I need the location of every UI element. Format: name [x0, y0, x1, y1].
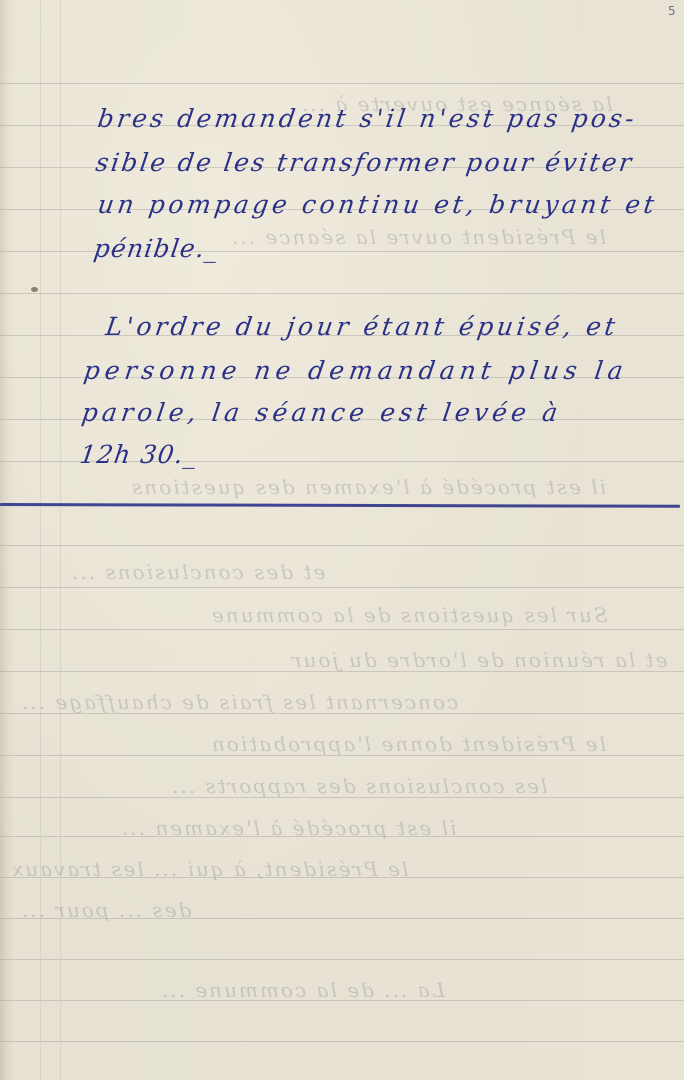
handwritten-line: bres demandent s'il n'est pas pos-: [96, 104, 639, 133]
ruled-line: [0, 629, 684, 630]
handwritten-line: sible de les transformer pour éviter: [94, 148, 636, 177]
bleed-through-text: le Président ouvre la séance ...: [230, 225, 606, 249]
ruled-line: [0, 959, 684, 960]
bleed-through-text: les conclusions des rapports ...: [170, 774, 547, 798]
handwritten-line: pénible._: [92, 234, 221, 263]
bleed-through-text: il est procédé à l'examen des questions: [130, 475, 606, 499]
bleed-through-text: concernant les frais de chauffage ...: [20, 690, 458, 714]
ruled-line: [0, 587, 684, 588]
ruled-line: [0, 1041, 684, 1042]
handwritten-line: parole, la séance est levée à: [80, 398, 564, 427]
manuscript-page: la séance est ouverte à ... le Président…: [0, 0, 684, 1080]
bleed-through-text: et des conclusions ...: [70, 560, 325, 584]
handwritten-line: L'ordre du jour étant épuisé, et: [104, 312, 620, 341]
bleed-through-text: le Président, à qui ... les travaux: [10, 857, 408, 881]
bleed-through-text: Sur les questions de la commune: [210, 603, 608, 627]
ruled-line: [0, 545, 684, 546]
page-number: 5: [668, 4, 676, 18]
bleed-through-text: La ... de la commune ...: [160, 978, 445, 1002]
ruled-line: [0, 293, 684, 294]
bleed-through-text: des ... pour ...: [20, 898, 191, 922]
ruled-line: [0, 83, 684, 84]
ink-spot: [31, 287, 38, 292]
ink-divider-line: [0, 503, 680, 508]
bleed-through-text: le Président donne l'approbation: [210, 732, 606, 756]
handwritten-line: un pompage continu et, bruyant et: [96, 190, 660, 219]
handwritten-line: 12h 30._: [78, 440, 200, 469]
handwritten-line: personne ne demandant plus la: [82, 356, 630, 385]
bleed-through-text: il est procédé à l'examen ...: [120, 816, 456, 840]
bleed-through-text: et la réunion de l'ordre du jour: [290, 648, 668, 672]
